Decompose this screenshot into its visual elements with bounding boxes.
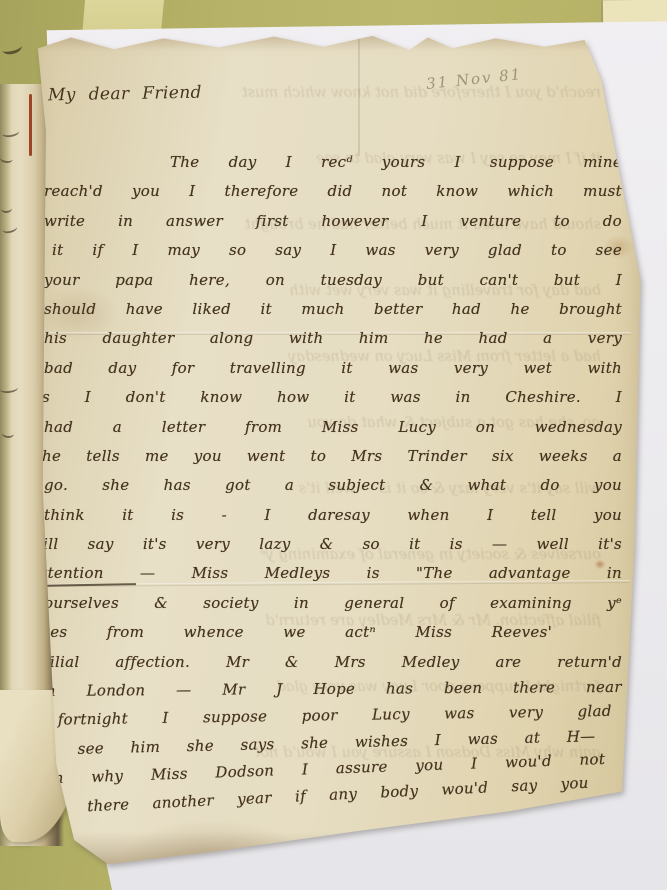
ink-scribble-mark (0, 153, 13, 163)
letter-line: think it is - I daresay when I tell you (30, 501, 622, 530)
ink-scribble-mark (0, 383, 18, 394)
ink-scribble-mark (2, 429, 15, 439)
letter-page: reach'd you I therefore did not know whi… (28, 30, 643, 865)
letter-line: his daughter along with him he had a ver… (30, 324, 622, 353)
letter-line: your papa here, on tuesday but can't but… (30, 266, 622, 295)
letter-line: she tells me you went to Mrs Trinder six… (30, 442, 622, 471)
photograph-of-manuscript-letter: reach'd you I therefore did not know whi… (0, 0, 667, 890)
letter-line: us I don't know how it was in Cheshire. … (30, 383, 622, 412)
salutation: My dear Friend (48, 83, 202, 106)
letter-line: reach'd you I therefore did not know whi… (30, 177, 622, 206)
fold-crease-vertical (358, 36, 360, 156)
ink-scribble-mark (1, 204, 13, 214)
letter-line: ourselves & society in general of examin… (30, 589, 622, 618)
letter-line: should have liked it much better had he … (30, 295, 622, 324)
letter-line: tives from whence we actⁿ Miss Reeves' (30, 618, 622, 647)
letter-line: write in answer first however I venture … (30, 207, 622, 236)
letter-line: had a letter from Miss Lucy on wednesday (30, 413, 622, 442)
letter-paper: reach'd you I therefore did not know whi… (28, 30, 643, 865)
letter-body: The day I recᵈ yours I suppose mine reac… (30, 148, 622, 824)
letter-line: go. she has got a subject & what do you (30, 471, 622, 500)
letter-line: will say it's very lazy & so it is — wel… (30, 530, 622, 559)
letter-line: bad day for travelling it was very wet w… (30, 354, 622, 383)
ink-scribble-mark (1, 40, 23, 56)
ink-scribble-mark (1, 127, 19, 139)
ink-scribble-mark (1, 223, 18, 235)
letter-line: The day I recᵈ yours I suppose mine (30, 148, 622, 177)
letter-line: it if I may so say I was very glad to se… (30, 236, 622, 265)
